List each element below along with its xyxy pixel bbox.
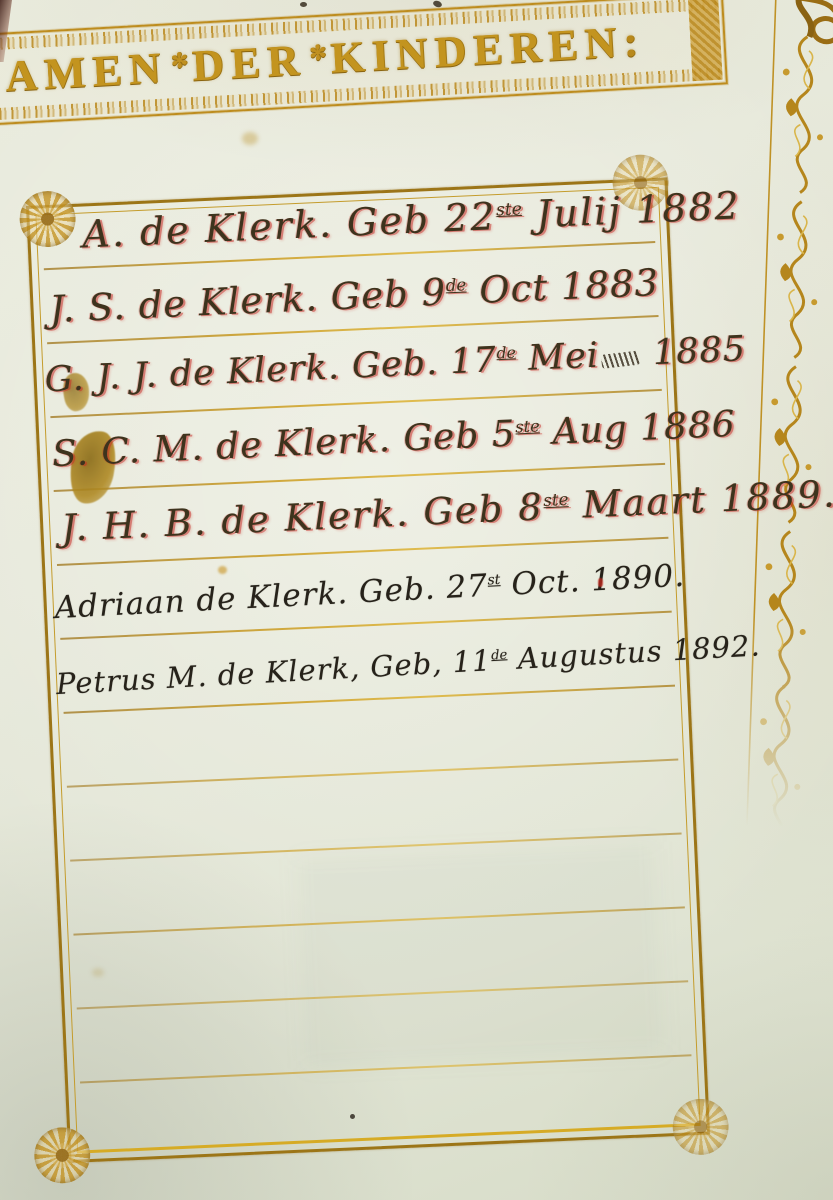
entry-text: Aug 1886: [539, 404, 736, 454]
title-banner: NAMEN✻DER✻KINDEREN:: [0, 0, 728, 128]
entry-text: Julij 1882: [521, 183, 741, 237]
entry-text: 1885: [640, 329, 747, 374]
floral-separator-icon: ✻: [166, 50, 192, 73]
rosette-icon: [671, 1098, 729, 1156]
entry-ordinal: ste: [543, 490, 569, 510]
entry-ordinal: ste: [496, 199, 523, 220]
title-end-mark: :: [622, 17, 639, 67]
banner-endcap-icon: [688, 0, 723, 81]
register-frame: A. de Klerk. Geb 22ste Julij 1882 J. S. …: [26, 177, 710, 1163]
ink-scribble: [600, 351, 639, 369]
title-word: DER: [191, 35, 307, 90]
floral-separator-icon: ✻: [305, 42, 331, 65]
register-page-photo: NAMEN✻DER✻KINDEREN:: [0, 0, 833, 1200]
ink-speck: [598, 578, 603, 587]
entry-ordinal: de: [496, 343, 516, 363]
entry-ordinal: de: [491, 648, 508, 664]
entry-ordinal: ste: [515, 416, 540, 436]
title-word: NAMEN: [0, 43, 169, 103]
entry-text: Oct 1883: [466, 261, 660, 313]
paper-stain: [242, 132, 258, 145]
photo-edge-speck: [300, 2, 307, 7]
entry-ordinal: de: [445, 275, 466, 295]
entry-text: Mei: [515, 336, 600, 380]
paper-stain: [218, 566, 227, 574]
scrollwork-border-icon: [741, 0, 833, 853]
paper-stain: [92, 968, 104, 977]
ink-speck: [350, 1114, 355, 1119]
